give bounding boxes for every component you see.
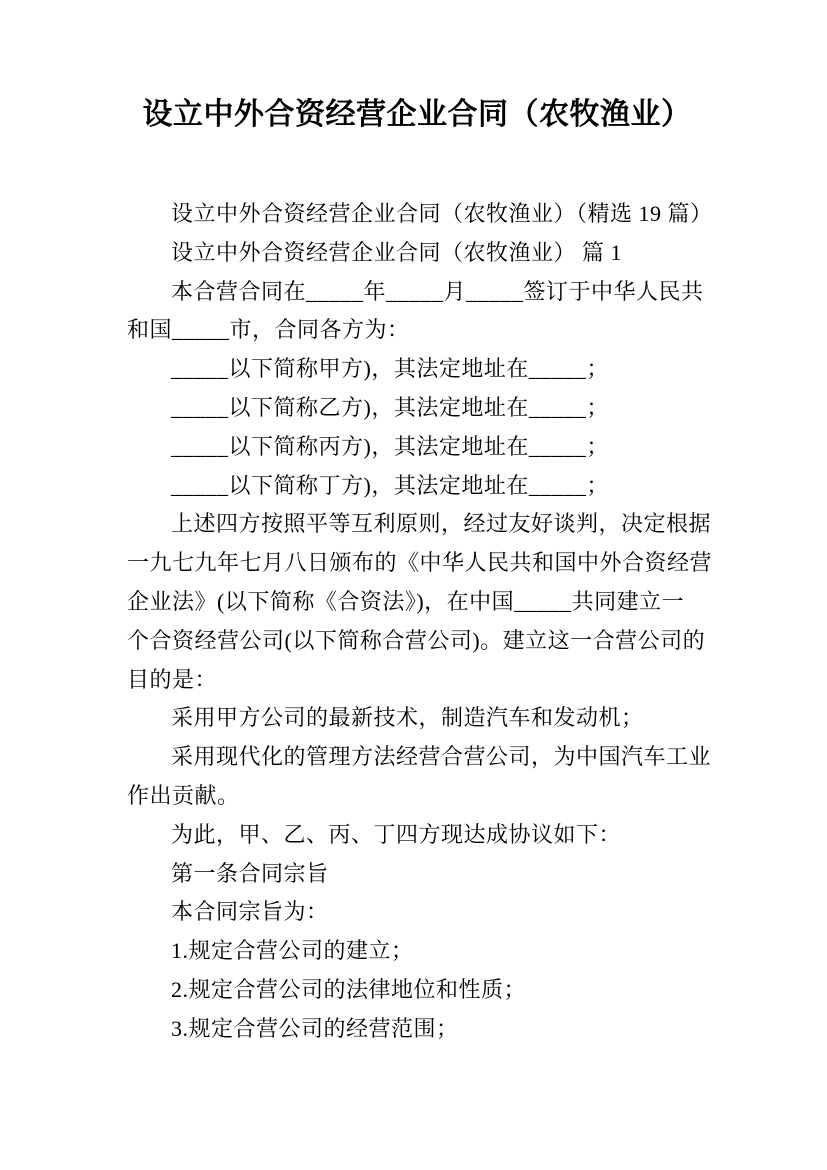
text-line: 2.规定合营公司的法律地位和性质； (127, 971, 707, 1010)
text-line: 设立中外合资经营企业合同（农牧渔业）（精选 19 篇） (127, 195, 707, 234)
text-line: _____以下简称丁方)，其法定地址在_____； (127, 467, 707, 506)
text-line: 采用现代化的管理方法经营合营公司，为中国汽车工业 (127, 738, 707, 777)
text-line: 3.规定合营公司的经营范围； (127, 1010, 707, 1049)
document-body: 设立中外合资经营企业合同（农牧渔业）（精选 19 篇）设立中外合资经营企业合同（… (127, 195, 707, 1049)
text-line: 和国_____市，合同各方为： (127, 311, 707, 350)
text-line: _____以下简称丙方)，其法定地址在_____； (127, 428, 707, 467)
text-line: 本合同宗旨为： (127, 893, 707, 932)
text-line: 企业法》(以下简称《合资法》)，在中国_____共同建立一 (127, 583, 707, 622)
document-page: 设立中外合资经营企业合同（农牧渔业） 设立中外合资经营企业合同（农牧渔业）（精选… (0, 0, 827, 1170)
text-line: _____以下简称甲方)，其法定地址在_____； (127, 350, 707, 389)
text-line: 上述四方按照平等互利原则，经过友好谈判，决定根据 (127, 505, 707, 544)
text-line: 设立中外合资经营企业合同（农牧渔业） 篇 1 (127, 234, 707, 273)
text-line: 目的是： (127, 661, 707, 700)
text-line: _____以下简称乙方)，其法定地址在_____； (127, 389, 707, 428)
text-line: 本合营合同在_____年_____月_____签订于中华人民共 (127, 273, 707, 312)
text-line: 个合资经营公司(以下简称合营公司)。建立这一合营公司的 (127, 622, 707, 661)
document-title: 设立中外合资经营企业合同（农牧渔业） (127, 92, 707, 138)
text-line: 为此，甲、乙、丙、丁四方现达成协议如下： (127, 816, 707, 855)
text-line: 采用甲方公司的最新技术，制造汽车和发动机； (127, 699, 707, 738)
text-line: 一九七九年七月八日颁布的《中华人民共和国中外合资经营 (127, 544, 707, 583)
text-line: 作出贡献。 (127, 777, 707, 816)
text-line: 第一条合同宗旨 (127, 855, 707, 894)
text-line: 1.规定合营公司的建立； (127, 932, 707, 971)
